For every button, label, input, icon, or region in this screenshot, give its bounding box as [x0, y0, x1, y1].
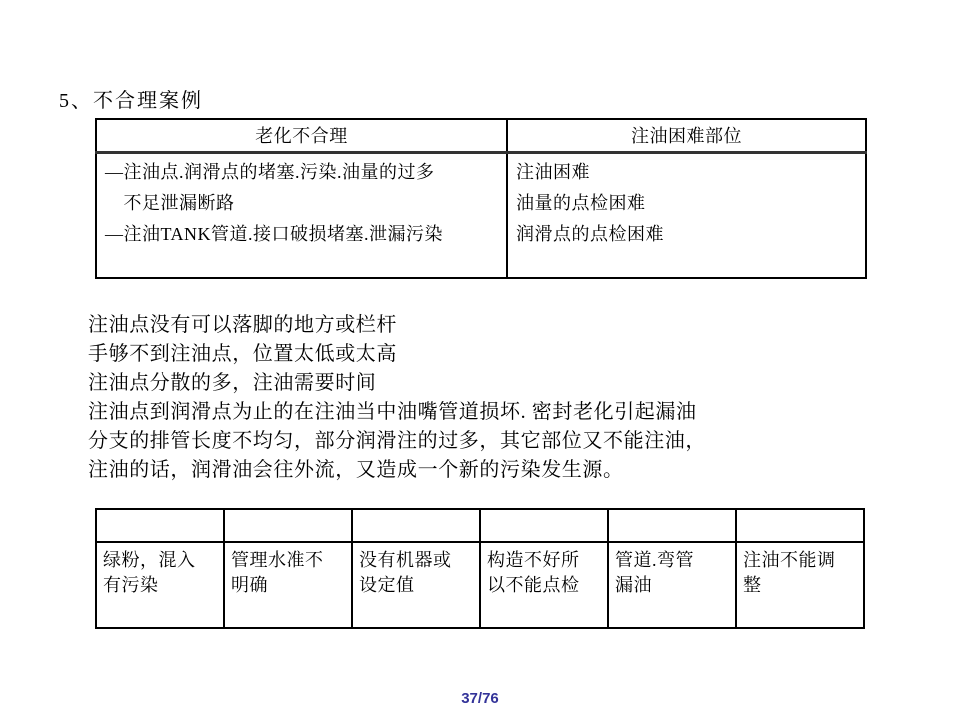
- aging-table-cell-difficulty: 注油困难 油量的点检困难 润滑点的点检困难: [507, 152, 866, 278]
- table-row: 绿粉，混入 有污染 管理水准不 明确 没有机器或 设定值 构造不好所 以不能点检…: [96, 542, 864, 628]
- page-title: 5、不合理案例: [59, 84, 203, 113]
- causes-table-empty-cell: [224, 509, 352, 542]
- causes-table-cell-contamination: 绿粉，混入 有污染: [96, 542, 224, 628]
- causes-table-empty-cell: [480, 509, 608, 542]
- causes-table-cell-management: 管理水准不 明确: [224, 542, 352, 628]
- causes-table-empty-cell: [96, 509, 224, 542]
- table-row: —注油点.润滑点的堵塞.污染.油量的过多 不足泄漏断路 —注油TANK管道.接口…: [96, 152, 866, 278]
- causes-table-empty-cell: [608, 509, 736, 542]
- aging-table-cell-aging: —注油点.润滑点的堵塞.污染.油量的过多 不足泄漏断路 —注油TANK管道.接口…: [96, 152, 507, 278]
- causes-table: 绿粉，混入 有污染 管理水准不 明确 没有机器或 设定值 构造不好所 以不能点检…: [95, 508, 865, 629]
- aging-table-header-aging: 老化不合理: [96, 119, 507, 152]
- table-row: 老化不合理 注油困难部位: [96, 119, 866, 152]
- aging-table-header-difficulty: 注油困难部位: [507, 119, 866, 152]
- page-number: 37/76: [0, 690, 960, 707]
- table-row: [96, 509, 864, 542]
- causes-table-cell-pipe-leak: 管道.弯管 漏油: [608, 542, 736, 628]
- slide: 5、不合理案例 老化不合理 注油困难部位 —注油点.润滑点的堵塞.污染.油量的过…: [0, 0, 960, 720]
- causes-table-cell-no-setting: 没有机器或 设定值: [352, 542, 480, 628]
- causes-table-empty-cell: [736, 509, 864, 542]
- causes-table-cell-no-adjust: 注油不能调 整: [736, 542, 864, 628]
- causes-table-empty-cell: [352, 509, 480, 542]
- aging-table: 老化不合理 注油困难部位 —注油点.润滑点的堵塞.污染.油量的过多 不足泄漏断路…: [95, 118, 867, 279]
- body-text: 注油点没有可以落脚的地方或栏杆 手够不到注油点，位置太低或太高 注油点分散的多，…: [88, 311, 878, 485]
- causes-table-cell-structure: 构造不好所 以不能点检: [480, 542, 608, 628]
